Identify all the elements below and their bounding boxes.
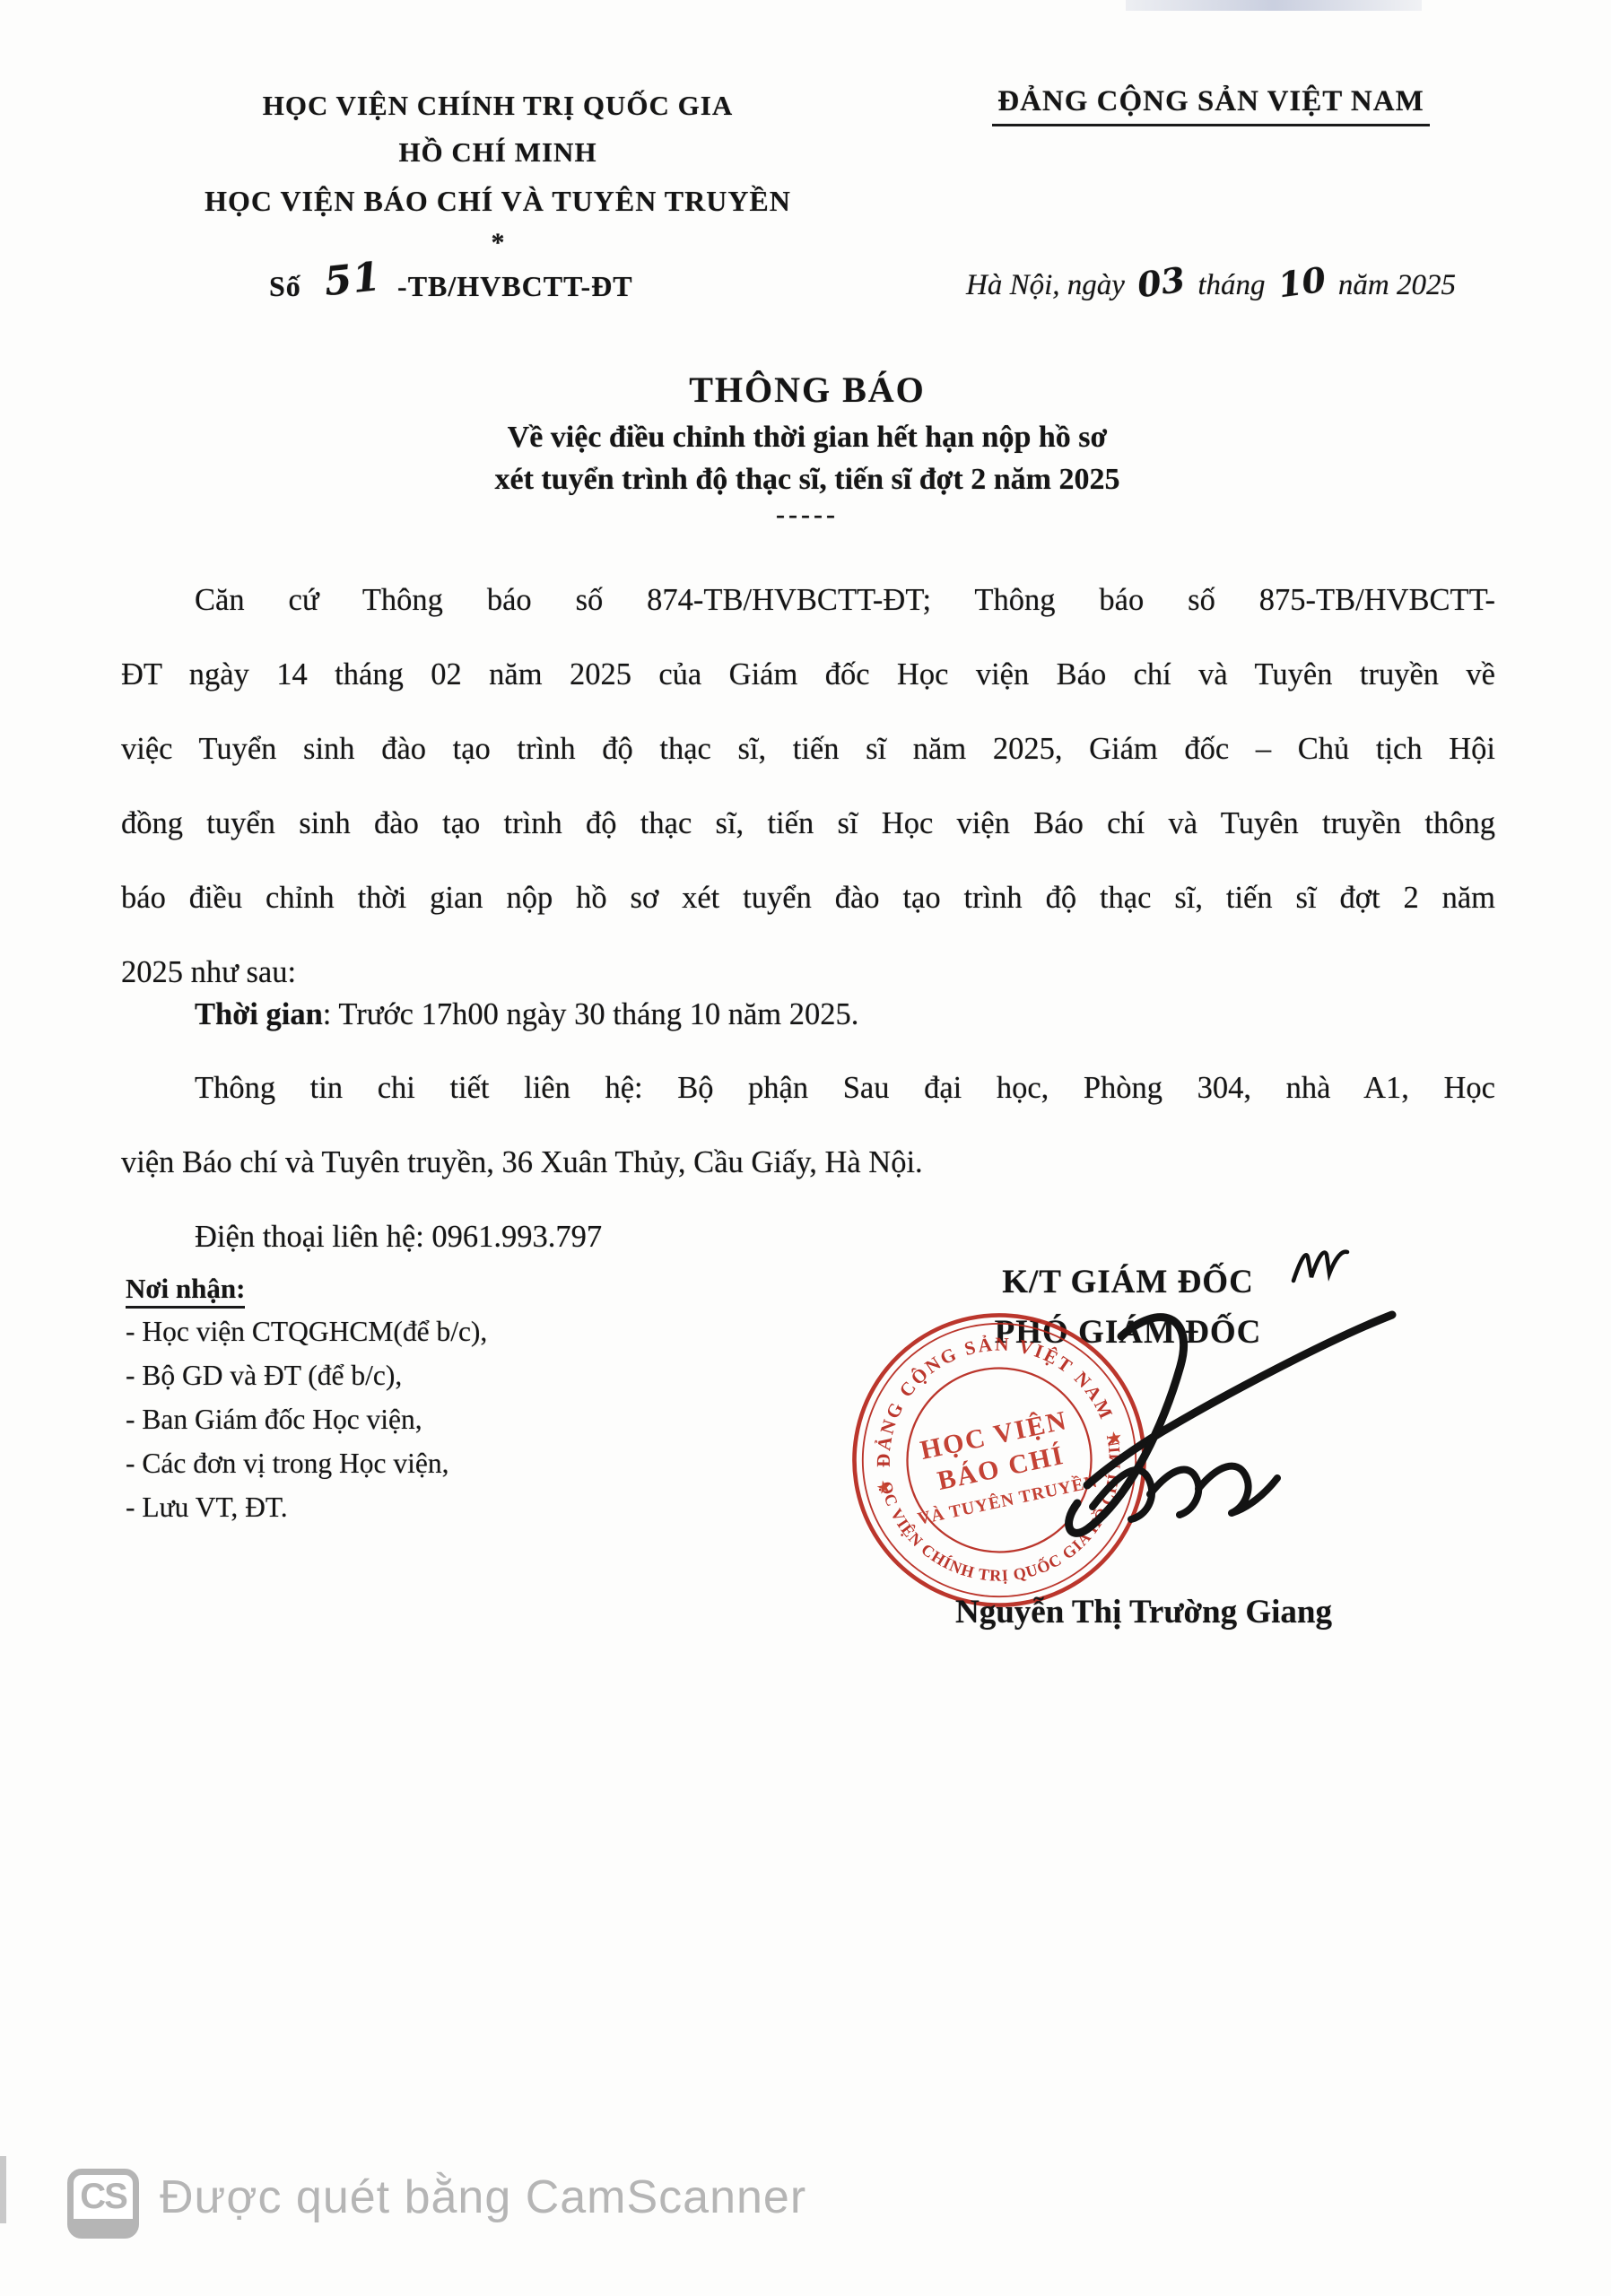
deadline-label: Thời gian — [195, 997, 323, 1031]
camscanner-icon-band — [73, 2219, 134, 2233]
recipients-block: Nơi nhận: - Học viện CTQGHCM(để b/c), - … — [126, 1268, 628, 1529]
body-line: báo điều chỉnh thời gian nộp hồ sơ xét t… — [121, 861, 1495, 935]
body-paragraph-1: Căn cứ Thông báo số 874-TB/HVBCTT-ĐT; Th… — [121, 563, 1495, 1010]
deadline-value: : Trước 17h00 ngày 30 tháng 10 năm 2025. — [323, 997, 859, 1031]
issuing-org-block: HỌC VIỆN CHÍNH TRỊ QUỐC GIA HỒ CHÍ MINH … — [81, 83, 915, 260]
recipient-item: - Các đơn vị trong Học viện, — [126, 1441, 628, 1485]
document-title: THÔNG BÁO — [63, 364, 1552, 416]
recipients-label: Nơi nhận: — [126, 1268, 628, 1309]
date-day-handwritten: 03 — [1135, 259, 1188, 306]
document-title-block: THÔNG BÁO Về việc điều chỉnh thời gian h… — [63, 364, 1552, 529]
body-line: đồng tuyển sinh đào tạo trình độ thạc sĩ… — [121, 787, 1495, 861]
doc-number-handwritten: 51 — [322, 254, 383, 305]
camscanner-watermark: Được quét bằng CamScanner — [160, 2170, 1057, 2224]
contact-line: Thông tin chi tiết liên hệ: Bộ phận Sau … — [121, 1051, 1495, 1126]
date-pre: Hà Nội, ngày — [966, 269, 1125, 301]
recipient-item: - Bộ GD và ĐT (để b/c), — [126, 1353, 628, 1397]
national-motto-block: ĐẢNG CỘNG SẢN VIỆT NAM — [906, 85, 1516, 126]
date-mid: tháng — [1197, 269, 1265, 301]
recipient-item: - Ban Giám đốc Học viện, — [126, 1397, 628, 1441]
national-motto: ĐẢNG CỘNG SẢN VIỆT NAM — [992, 85, 1430, 126]
date-post: năm 2025 — [1338, 269, 1456, 301]
doc-number-prefix: Số — [269, 270, 301, 302]
seal-star-left: ★ — [875, 1476, 894, 1499]
deadline-line: Thời gian: Trước 17h00 ngày 30 tháng 10 … — [121, 978, 1569, 1052]
date-month-handwritten: 10 — [1276, 259, 1328, 306]
doc-number-suffix: -TB/HVBCTT-ĐT — [397, 270, 633, 302]
recipient-item: - Lưu VT, ĐT. — [126, 1485, 628, 1529]
place-date-line: Hà Nội, ngày 03 tháng 10 năm 2025 — [906, 262, 1516, 302]
signer-name: Nguyễn Thị Trường Giang — [893, 1593, 1395, 1631]
header-star: * — [81, 226, 915, 260]
body-line: việc Tuyển sinh đào tạo trình độ thạc sĩ… — [121, 712, 1495, 787]
body-line: Căn cứ Thông báo số 874-TB/HVBCTT-ĐT; Th… — [121, 563, 1495, 638]
document-subtitle-2: xét tuyển trình độ thạc sĩ, tiến sĩ đợt … — [63, 458, 1552, 500]
scan-artifact — [0, 2156, 6, 2223]
camscanner-icon-label: CS — [74, 2177, 133, 2217]
handwritten-signature — [987, 1281, 1408, 1568]
issuing-org-name: HỌC VIỆN BÁO CHÍ VÀ TUYÊN TRUYỀN — [81, 176, 915, 226]
document-subtitle-1: Về việc điều chỉnh thời gian hết hạn nộp… — [63, 416, 1552, 458]
document-number-line: Số51-TB/HVBCTT-ĐT — [269, 260, 897, 306]
camscanner-icon: CS — [67, 2169, 139, 2239]
parent-org-line2: HỒ CHÍ MINH — [81, 129, 915, 176]
title-divider: ----- — [63, 500, 1552, 529]
contact-line: viện Báo chí và Tuyên truyền, 36 Xuân Th… — [121, 1126, 1495, 1200]
scan-artifact — [1126, 0, 1422, 11]
recipient-item: - Học viện CTQGHCM(để b/c), — [126, 1309, 628, 1353]
scanned-document-page: HỌC VIỆN CHÍNH TRỊ QUỐC GIA HỒ CHÍ MINH … — [0, 0, 1611, 2296]
contact-paragraph: Thông tin chi tiết liên hệ: Bộ phận Sau … — [121, 1051, 1495, 1200]
body-line: ĐT ngày 14 tháng 02 năm 2025 của Giám đố… — [121, 638, 1495, 712]
parent-org-line1: HỌC VIỆN CHÍNH TRỊ QUỐC GIA — [81, 83, 915, 129]
